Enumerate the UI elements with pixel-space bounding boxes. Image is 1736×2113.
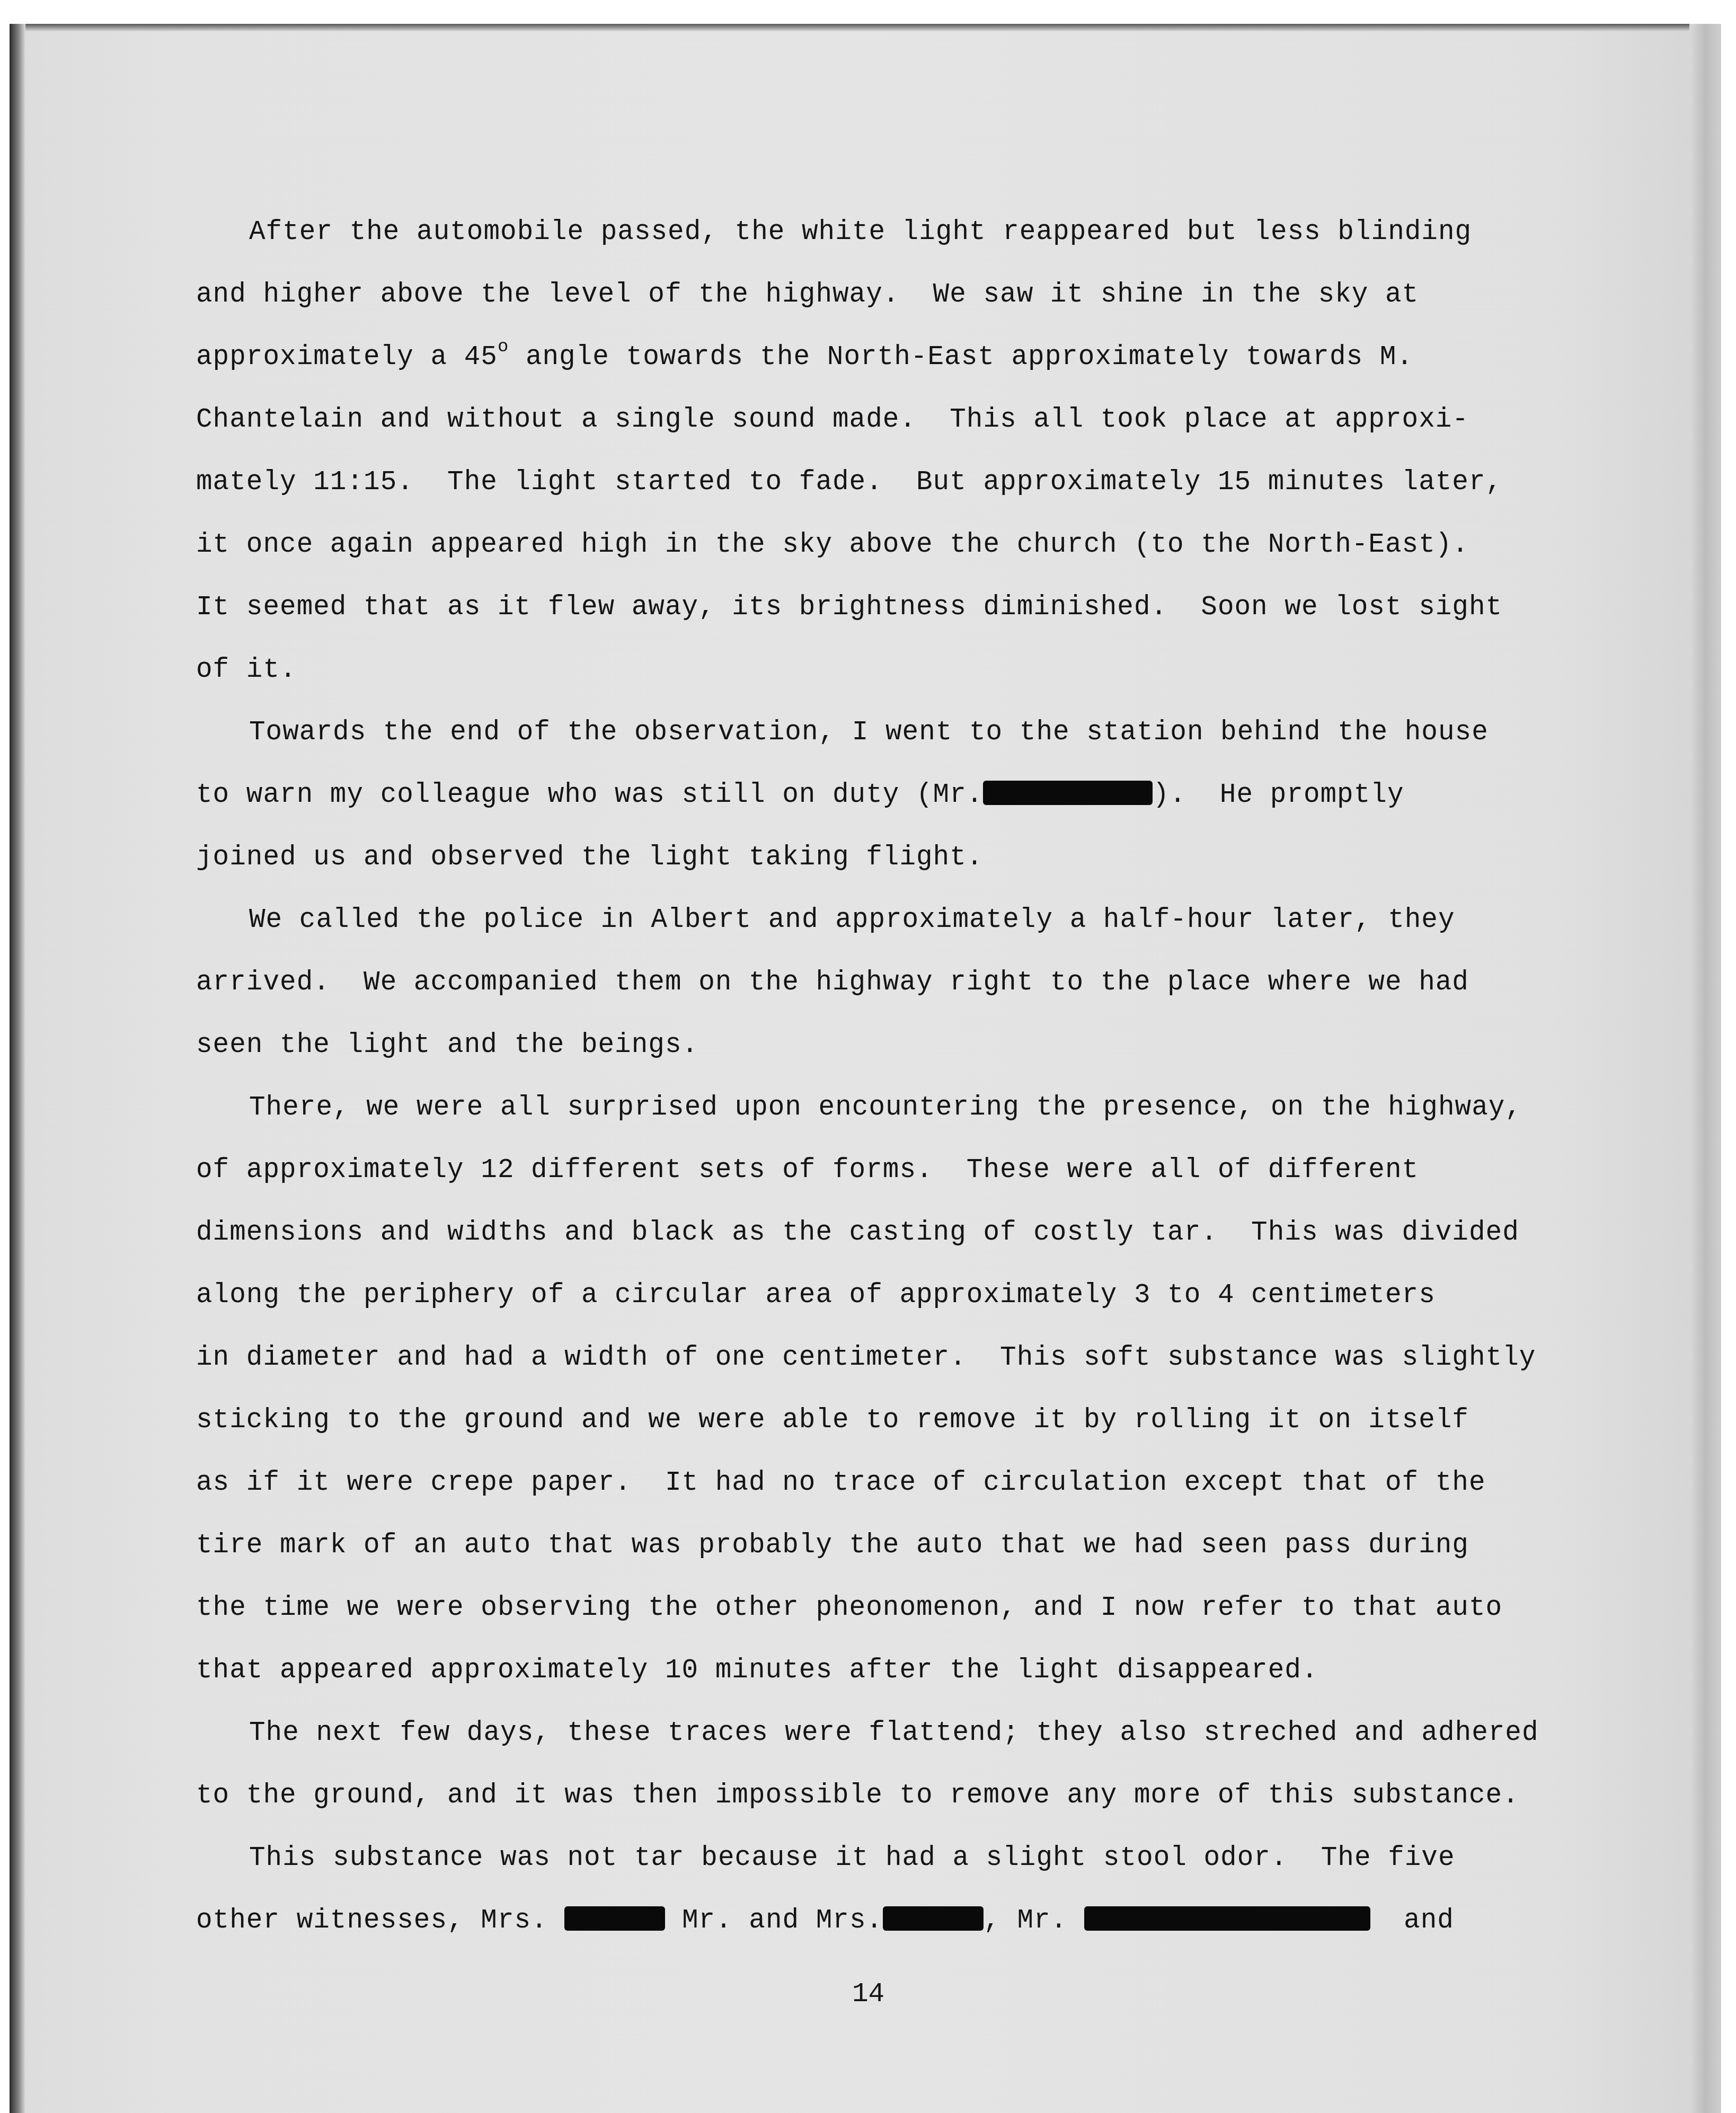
text-fragment: Mr. and Mrs. [665,1906,883,1936]
text-line: it once again appeared high in the sky a… [196,514,1595,577]
redaction-mark [1084,1906,1370,1931]
scan-frame: After the automobile passed, the white l… [0,0,1736,2113]
redaction-mark [883,1906,984,1931]
text-fragment: , Mr. [984,1906,1084,1936]
page-number: 14 [852,1979,884,2010]
text-line: tire mark of an auto that was probably t… [196,1515,1595,1577]
text-line: seen the light and the beings. [196,1014,1595,1077]
text-line: The next few days, these traces were fla… [196,1702,1595,1765]
text-line: of it. [196,639,1595,702]
text-line: mately 11:15. The light started to fade.… [196,452,1595,514]
text-line: in diameter and had a width of one centi… [196,1327,1595,1390]
text-line: the time we were observing the other phe… [196,1577,1595,1640]
text-line: There, we were all surprised upon encoun… [196,1077,1595,1139]
text-fragment: other witnesses, Mrs. [196,1906,564,1936]
text-line: This substance was not tar because it ha… [196,1827,1595,1890]
text-fragment: and [1370,1906,1454,1936]
text-line: along the periphery of a circular area o… [196,1265,1595,1327]
text-fragment: approximately a 45 [196,342,498,373]
text-fragment: to warn my colleague who was still on du… [196,780,983,810]
text-line: approximately a 45o angle towards the No… [196,326,1595,389]
text-line: After the automobile passed, the white l… [196,201,1595,264]
text-line: We called the police in Albert and appro… [196,889,1595,952]
text-fragment: ). He promptly [1153,780,1404,810]
document-body: After the automobile passed, the white l… [196,201,1595,1952]
text-line: to warn my colleague who was still on du… [196,764,1595,827]
page-edge-left [10,24,25,2113]
text-line: Towards the end of the observation, I we… [196,702,1595,764]
page-edge-top [10,24,1721,31]
text-line: other witnesses, Mrs. Mr. and Mrs., Mr. … [196,1890,1595,1952]
text-line: that appeared approximately 10 minutes a… [196,1640,1595,1702]
text-line: joined us and observed the light taking … [196,827,1595,889]
text-line: of approximately 12 different sets of fo… [196,1139,1595,1202]
text-line: arrived. We accompanied them on the high… [196,952,1595,1014]
text-line: and higher above the level of the highwa… [196,264,1595,326]
redaction-mark [564,1906,665,1931]
degree-superscript: o [498,337,509,357]
text-line: It seemed that as it flew away, its brig… [196,577,1595,639]
text-line: as if it were crepe paper. It had no tra… [196,1452,1595,1515]
text-line: to the ground, and it was then impossibl… [196,1765,1595,1827]
redaction-mark [983,781,1153,805]
text-line: dimensions and widths and black as the c… [196,1202,1595,1265]
text-line: sticking to the ground and we were able … [196,1390,1595,1452]
page-edge-right [1689,24,1721,2113]
text-line: Chantelain and without a single sound ma… [196,389,1595,452]
text-fragment: angle towards the North-East approximate… [509,342,1413,373]
